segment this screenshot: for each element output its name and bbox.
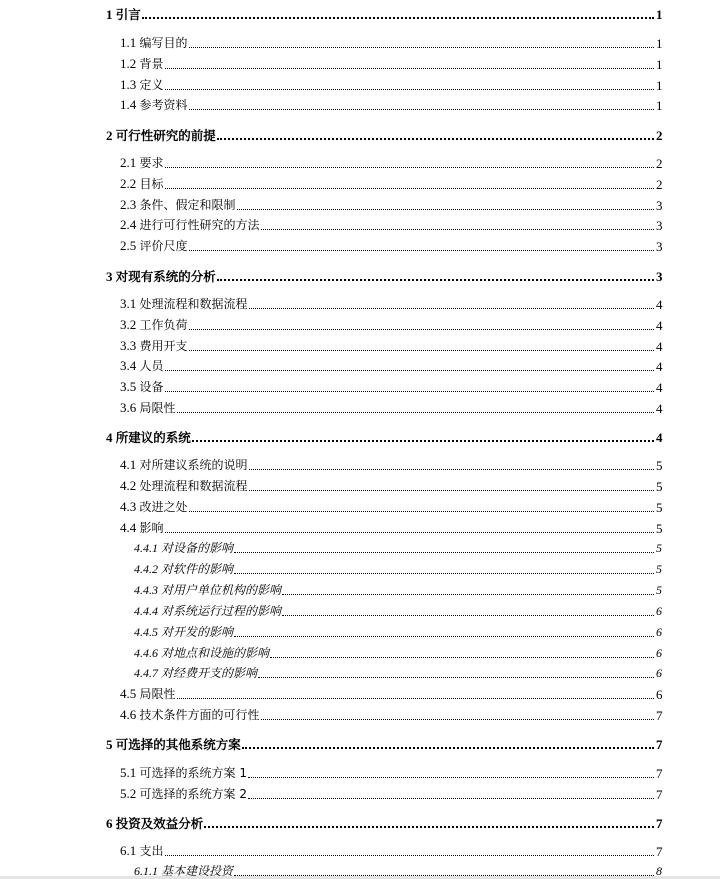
dot-leader [165, 369, 654, 371]
dot-leader [217, 278, 654, 281]
page-number: 5 [656, 562, 666, 577]
section-number: 1.4 [120, 97, 136, 112]
page-number: 4 [656, 318, 666, 333]
toc-entry-label: 4.4.4 对系统运行过程的影响 [0, 604, 281, 619]
section-title: 目标 [140, 177, 164, 191]
section-number: 2.2 [120, 176, 136, 191]
section-number: 4.3 [120, 499, 136, 514]
dot-leader [165, 67, 654, 69]
page-number: 7 [656, 787, 666, 802]
section-title: 投资及效益分析 [116, 816, 204, 831]
section-title: 编写目的 [140, 36, 188, 50]
page-number: 1 [656, 57, 666, 72]
section-number: 3.1 [120, 296, 136, 311]
dot-leader [204, 825, 654, 828]
section-number: 3.3 [120, 338, 136, 353]
toc-entry-6[interactable]: 6 投资及效益分析7 [0, 811, 720, 831]
section-number: 4 [106, 430, 113, 445]
toc-entry-label: 4.4.3 对用户单位机构的影响 [0, 583, 281, 598]
toc-entry-1[interactable]: 1 引言1 [0, 2, 720, 22]
section-title: 改进之处 [140, 500, 188, 514]
section-title: 技术条件方面的可行性 [140, 708, 260, 722]
page-number: 2 [656, 177, 666, 192]
toc-entry-1-3[interactable]: 1.3 定义1 [0, 73, 720, 93]
toc-entry-4-3[interactable]: 4.3 改进之处5 [0, 495, 720, 515]
dot-leader [234, 635, 654, 637]
toc-entry-label: 6 投资及效益分析 [0, 816, 203, 831]
section-number: 4.4.7 [134, 666, 158, 680]
section-number: 1.1 [120, 35, 136, 50]
dot-leader [261, 228, 654, 230]
section-title: 所建议的系统 [116, 430, 191, 445]
dot-leader [234, 551, 654, 553]
section-title: 工作负荷 [140, 318, 188, 332]
dot-leader [177, 411, 654, 413]
section-title: 支出 [140, 844, 164, 858]
toc-entry-2[interactable]: 2 可行性研究的前提2 [0, 123, 720, 143]
toc-entry-label: 4.6 技术条件方面的可行性 [0, 707, 260, 723]
toc-entry-2-3[interactable]: 2.3 条件、假定和限制3 [0, 193, 720, 213]
section-number: 3 [106, 269, 113, 284]
dot-leader [142, 16, 654, 19]
toc-entry-label: 3.6 局限性 [0, 400, 176, 416]
section-number: 1.3 [120, 77, 136, 92]
section-number: 4.5 [120, 686, 136, 701]
section-number: 4.2 [120, 478, 136, 493]
toc-entry-label: 3.1 处理流程和数据流程 [0, 296, 248, 312]
section-title: 对地点和设施的影响 [161, 646, 269, 660]
section-number: 2.3 [120, 197, 136, 212]
toc-entry-label: 3 对现有系统的分析 [0, 269, 216, 284]
toc-entry-label: 5.1 可选择的系统方案 1 [0, 765, 247, 781]
section-title: 可选择的其他系统方案 [116, 737, 241, 752]
page-number: 1 [656, 98, 666, 113]
page-number: 5 [656, 583, 666, 598]
toc-entry-4-4[interactable]: 4.4 影响5 [0, 516, 720, 536]
dot-leader [282, 614, 654, 616]
page-number: 1 [656, 78, 666, 93]
toc-entry-5[interactable]: 5 可选择的其他系统方案7 [0, 732, 720, 752]
toc-entry-6-1-1[interactable]: 6.1.1 基本建设投资8 [0, 859, 720, 876]
toc-entry-label: 4.4.5 对开发的影响 [0, 625, 233, 640]
section-number: 5 [106, 737, 113, 752]
toc-entry-1-2[interactable]: 1.2 背景1 [0, 52, 720, 72]
page-number: 3 [656, 218, 666, 233]
toc-entry-label: 1.2 背景 [0, 56, 164, 72]
page-number: 7 [656, 766, 666, 781]
dot-leader [177, 697, 654, 699]
section-number: 6 [106, 816, 113, 831]
section-number: 4.4.3 [134, 583, 158, 597]
toc-entry-label: 2.1 要求 [0, 155, 164, 171]
toc-entry-label: 2 可行性研究的前提 [0, 128, 216, 143]
section-title: 处理流程和数据流程 [140, 479, 248, 493]
dot-leader [234, 572, 654, 574]
section-number: 2.4 [120, 217, 136, 232]
section-title: 局限性 [140, 401, 176, 415]
dot-leader [248, 776, 654, 778]
toc-entry-6-1[interactable]: 6.1 支出7 [0, 839, 720, 859]
section-title: 对用户单位机构的影响 [161, 583, 281, 597]
section-title: 条件、假定和限制 [140, 198, 236, 212]
page-number: 4 [656, 380, 666, 395]
page-number: 7 [656, 708, 666, 723]
section-number: 4.4.2 [134, 562, 158, 576]
page-number: 4 [656, 401, 666, 416]
page-number: 3 [656, 198, 666, 213]
dot-leader [237, 208, 654, 210]
toc-entry-label: 2.4 进行可行性研究的方法 [0, 217, 260, 233]
section-title: 对设备的影响 [161, 541, 233, 555]
dot-leader [242, 746, 654, 749]
section-number: 1 [106, 7, 113, 22]
toc-entry-5-1[interactable]: 5.1 可选择的系统方案 17 [0, 761, 720, 781]
toc-entry-4-2[interactable]: 4.2 处理流程和数据流程5 [0, 474, 720, 494]
section-number: 5.1 [120, 765, 136, 780]
section-title: 人员 [140, 359, 164, 373]
section-number: 5.2 [120, 786, 136, 801]
toc-entry-4-4-5[interactable]: 4.4.5 对开发的影响6 [0, 620, 720, 640]
toc-entry-label: 4.4.6 对地点和设施的影响 [0, 646, 269, 661]
toc-entry-label: 3.3 费用开支 [0, 338, 188, 354]
dot-leader [258, 676, 654, 678]
toc-entry-1-4[interactable]: 1.4 参考资料1 [0, 93, 720, 113]
section-number: 4.4.4 [134, 604, 158, 618]
section-title: 背景 [140, 57, 164, 71]
dot-leader [189, 510, 654, 512]
table-of-contents: 1 引言11.1 编写目的11.2 背景11.3 定义11.4 参考资料12 可… [0, 0, 720, 876]
page-number: 4 [656, 339, 666, 354]
toc-entry-label: 2.2 目标 [0, 176, 164, 192]
toc-entry-label: 6.1 支出 [0, 843, 164, 859]
toc-entry-label: 6.1.1 基本建设投资 [0, 864, 233, 876]
toc-entry-3-6[interactable]: 3.6 局限性4 [0, 396, 720, 416]
toc-entry-label: 3.4 人员 [0, 358, 164, 374]
section-title: 参考资料 [140, 98, 188, 112]
section-number: 4.4.5 [134, 625, 158, 639]
page-number: 4 [656, 359, 666, 374]
toc-entry-2-5[interactable]: 2.5 评价尺度3 [0, 234, 720, 254]
toc-entry-label: 1.3 定义 [0, 77, 164, 93]
toc-entry-label: 4.5 局限性 [0, 686, 176, 702]
toc-entry-label: 4.2 处理流程和数据流程 [0, 478, 248, 494]
section-number: 4.1 [120, 457, 136, 472]
page-number: 5 [656, 458, 666, 473]
toc-entry-2-1[interactable]: 2.1 要求2 [0, 151, 720, 171]
toc-entry-4-4-3[interactable]: 4.4.3 对用户单位机构的影响5 [0, 578, 720, 598]
toc-entry-4-6[interactable]: 4.6 技术条件方面的可行性7 [0, 703, 720, 723]
page-number: 1 [656, 36, 666, 51]
dot-leader [165, 531, 654, 533]
section-number: 3.2 [120, 317, 136, 332]
section-number: 2.1 [120, 155, 136, 170]
section-title: 评价尺度 [140, 239, 188, 253]
section-number: 6.1.1 [134, 864, 158, 876]
toc-entry-2-2[interactable]: 2.2 目标2 [0, 172, 720, 192]
toc-entry-4-5[interactable]: 4.5 局限性6 [0, 682, 720, 702]
page-number: 1 [656, 7, 666, 22]
section-title: 要求 [140, 156, 164, 170]
dot-leader [249, 489, 654, 491]
page-number: 5 [656, 521, 666, 536]
toc-entry-4-4-4[interactable]: 4.4.4 对系统运行过程的影响6 [0, 599, 720, 619]
section-number: 6.1 [120, 843, 136, 858]
toc-entry-4-1[interactable]: 4.1 对所建议系统的说明5 [0, 453, 720, 473]
section-title: 进行可行性研究的方法 [140, 218, 260, 232]
toc-entry-label: 4.1 对所建议系统的说明 [0, 457, 248, 473]
toc-entry-5-2[interactable]: 5.2 可选择的系统方案 27 [0, 782, 720, 802]
toc-entry-label: 5 可选择的其他系统方案 [0, 737, 241, 752]
page-number: 6 [656, 625, 666, 640]
dot-leader [165, 88, 654, 90]
section-title: 基本建设投资 [161, 864, 233, 876]
page-number: 4 [656, 297, 666, 312]
section-number: 3.5 [120, 379, 136, 394]
dot-leader [189, 108, 654, 110]
section-number: 4.4.1 [134, 541, 158, 555]
section-number: 1.2 [120, 56, 136, 71]
page-number: 7 [656, 737, 666, 752]
dot-leader [189, 349, 654, 351]
toc-entry-3-3[interactable]: 3.3 费用开支4 [0, 334, 720, 354]
section-title: 可选择的系统方案 2 [140, 787, 247, 801]
toc-entry-3-1[interactable]: 3.1 处理流程和数据流程4 [0, 292, 720, 312]
dot-leader [165, 390, 654, 392]
toc-entry-label: 1.1 编写目的 [0, 35, 188, 51]
dot-leader [249, 468, 654, 470]
section-number: 2.5 [120, 238, 136, 253]
page-number: 5 [656, 500, 666, 515]
section-number: 2 [106, 128, 113, 143]
page-number: 5 [656, 541, 666, 556]
section-title: 对现有系统的分析 [116, 269, 216, 284]
dot-leader [165, 166, 654, 168]
dot-leader [261, 718, 654, 720]
toc-entry-1-1[interactable]: 1.1 编写目的1 [0, 31, 720, 51]
toc-entry-4[interactable]: 4 所建议的系统4 [0, 425, 720, 445]
dot-leader [189, 46, 654, 48]
section-title: 可选择的系统方案 1 [140, 766, 247, 780]
section-title: 对开发的影响 [161, 625, 233, 639]
page-number: 6 [656, 646, 666, 661]
section-number: 4.6 [120, 707, 136, 722]
dot-leader [270, 656, 654, 658]
toc-entry-label: 3.2 工作负荷 [0, 317, 188, 333]
page-number: 6 [656, 687, 666, 702]
dot-leader [165, 187, 654, 189]
toc-entry-3-4[interactable]: 3.4 人员4 [0, 354, 720, 374]
page-number: 6 [656, 604, 666, 619]
toc-entry-label: 4 所建议的系统 [0, 430, 191, 445]
section-title: 可行性研究的前提 [116, 128, 216, 143]
toc-entry-label: 4.4.2 对软件的影响 [0, 562, 233, 577]
dot-leader [248, 797, 654, 799]
toc-entry-label: 4.3 改进之处 [0, 499, 188, 515]
toc-entry-4-4-2[interactable]: 4.4.2 对软件的影响5 [0, 557, 720, 577]
toc-entry-label: 1.4 参考资料 [0, 97, 188, 113]
toc-entry-label: 4.4 影响 [0, 520, 164, 536]
toc-entry-label: 1 引言 [0, 7, 141, 22]
page-number: 6 [656, 666, 666, 681]
page-number: 4 [656, 430, 666, 445]
toc-entry-4-4-7[interactable]: 4.4.7 对经费开支的影响6 [0, 661, 720, 681]
dot-leader [282, 593, 654, 595]
dot-leader [217, 137, 654, 140]
dot-leader [189, 328, 654, 330]
toc-entry-label: 2.5 评价尺度 [0, 238, 188, 254]
dot-leader [189, 249, 654, 251]
page-number: 7 [656, 816, 666, 831]
toc-entry-label: 4.4.1 对设备的影响 [0, 541, 233, 556]
page-number: 7 [656, 844, 666, 859]
section-title: 局限性 [140, 687, 176, 701]
section-title: 对系统运行过程的影响 [161, 604, 281, 618]
toc-entry-label: 5.2 可选择的系统方案 2 [0, 786, 247, 802]
page-number: 5 [656, 479, 666, 494]
dot-leader [165, 854, 654, 856]
section-title: 定义 [140, 78, 164, 92]
page-number: 3 [656, 239, 666, 254]
section-title: 处理流程和数据流程 [140, 297, 248, 311]
page-number: 8 [656, 864, 666, 876]
dot-leader [249, 307, 654, 309]
dot-leader [192, 439, 654, 442]
section-title: 影响 [140, 521, 164, 535]
section-number: 3.6 [120, 400, 136, 415]
section-title: 对所建议系统的说明 [140, 458, 248, 472]
section-title: 费用开支 [140, 339, 188, 353]
page-number: 2 [656, 156, 666, 171]
toc-entry-3[interactable]: 3 对现有系统的分析3 [0, 264, 720, 284]
section-title: 设备 [140, 380, 164, 394]
section-number: 4.4 [120, 520, 136, 535]
page-number: 3 [656, 269, 666, 284]
toc-entry-label: 3.5 设备 [0, 379, 164, 395]
toc-entry-4-4-6[interactable]: 4.4.6 对地点和设施的影响6 [0, 641, 720, 661]
toc-entry-label: 4.4.7 对经费开支的影响 [0, 666, 257, 681]
toc-entry-3-5[interactable]: 3.5 设备4 [0, 375, 720, 395]
section-title: 对经费开支的影响 [161, 666, 257, 680]
page-number: 2 [656, 128, 666, 143]
toc-entry-2-4[interactable]: 2.4 进行可行性研究的方法3 [0, 213, 720, 233]
section-title: 引言 [116, 7, 141, 22]
section-number: 3.4 [120, 358, 136, 373]
toc-entry-3-2[interactable]: 3.2 工作负荷4 [0, 313, 720, 333]
section-title: 对软件的影响 [161, 562, 233, 576]
section-number: 4.4.6 [134, 646, 158, 660]
toc-entry-label: 2.3 条件、假定和限制 [0, 197, 236, 213]
toc-entry-4-4-1[interactable]: 4.4.1 对设备的影响5 [0, 536, 720, 556]
